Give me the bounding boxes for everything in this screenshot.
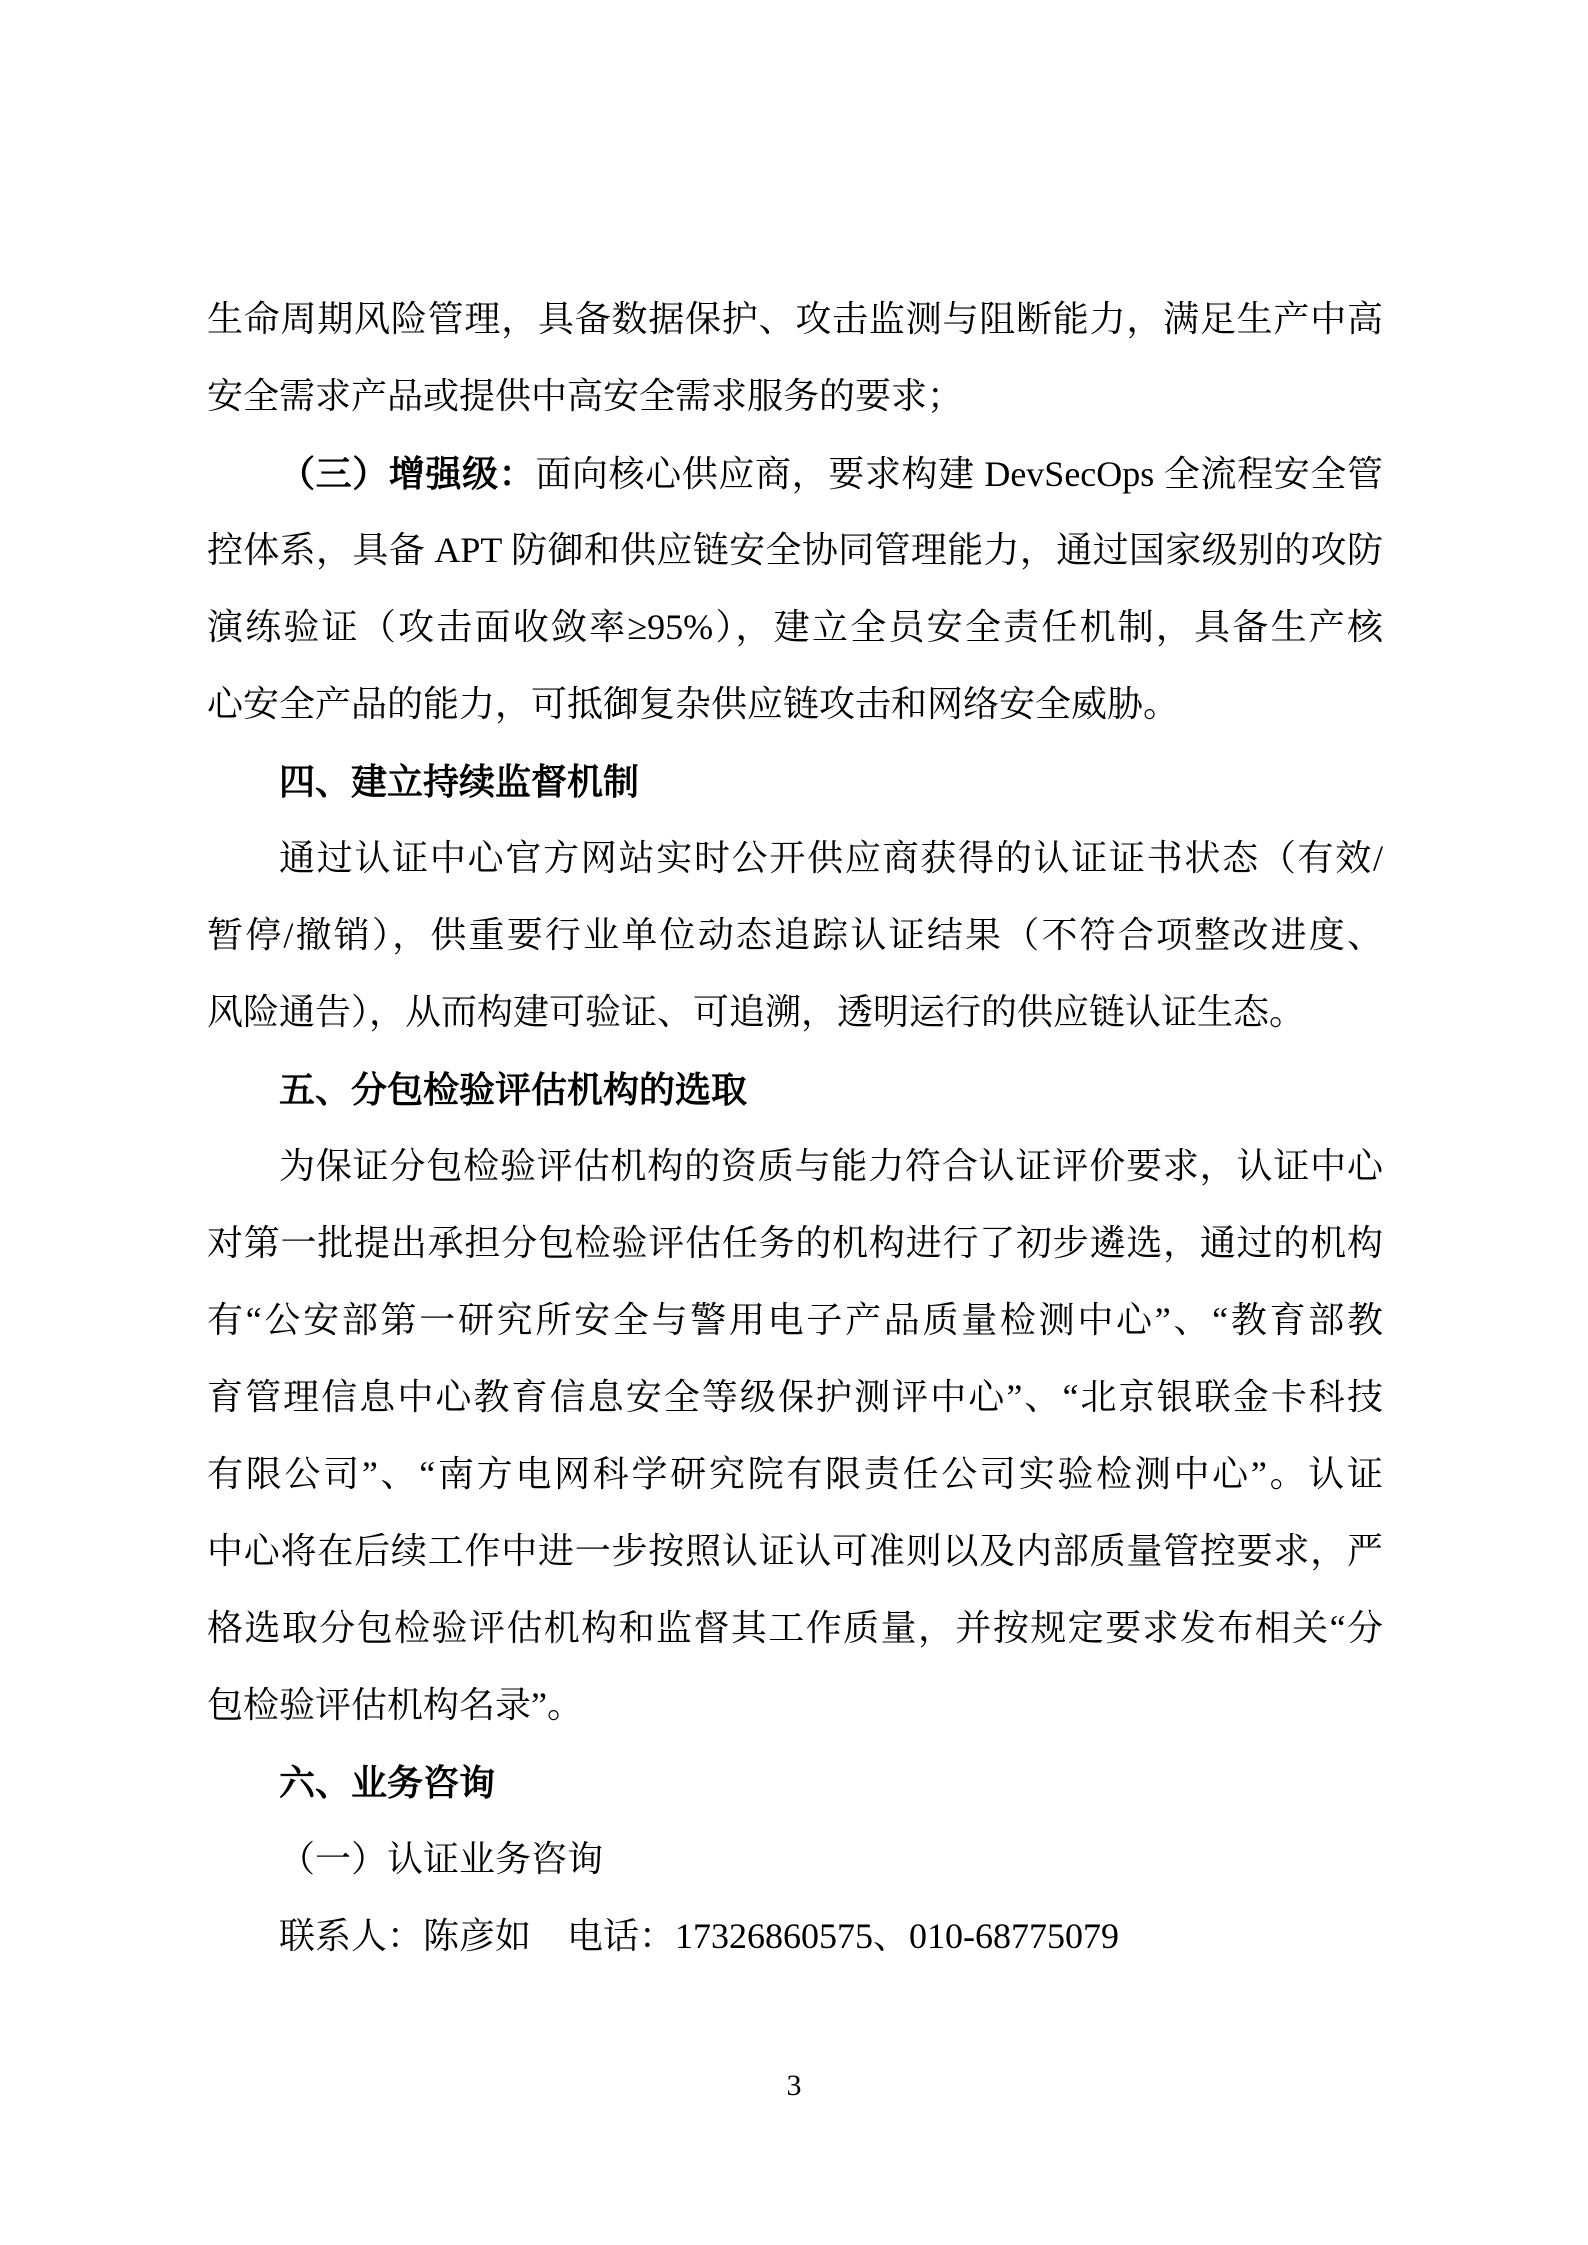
page-footer: 3: [0, 2068, 1588, 2104]
text-line: 暂停/撤销），供重要行业单位动态追踪认证结果（不符合项整改进度、: [207, 897, 1383, 974]
section-heading: 六、业务咨询: [207, 1744, 1383, 1821]
text-line: （三）增强级：面向核心供应商，要求构建 DevSecOps 全流程安全管: [207, 435, 1383, 512]
section-heading: 五、分包检验评估机构的选取: [207, 1051, 1383, 1128]
paragraph: （三）增强级：面向核心供应商，要求构建 DevSecOps 全流程安全管控体系，…: [207, 435, 1383, 743]
paragraph: 联系人：陈彦如 电话：17326860575、010-68775079: [207, 1898, 1383, 1975]
text-line: 演练验证（攻击面收敛率≥95%），建立全员安全责任机制，具备生产核: [207, 589, 1383, 666]
text-line: 风险通告），从而构建可验证、可追溯，透明运行的供应链认证生态。: [207, 974, 1383, 1051]
text-line: 生命周期风险管理，具备数据保护、攻击监测与阻断能力，满足生产中高: [207, 281, 1383, 358]
paragraph: 为保证分包检验评估机构的资质与能力符合认证评价要求，认证中心对第一批提出承担分包…: [207, 1128, 1383, 1744]
text-line: 有“公安部第一研究所安全与警用电子产品质量检测中心”、“教育部教: [207, 1282, 1383, 1359]
text-line: 控体系，具备 APT 防御和供应链安全协同管理能力，通过国家级别的攻防: [207, 512, 1383, 589]
section-heading: 四、建立持续监督机制: [207, 743, 1383, 820]
text-line: 五、分包检验评估机构的选取: [207, 1051, 1383, 1128]
text-line: （一）认证业务咨询: [207, 1821, 1383, 1898]
text-line: 安全需求产品或提供中高安全需求服务的要求；: [207, 358, 1383, 435]
text-line: 心安全产品的能力，可抵御复杂供应链攻击和网络安全威胁。: [207, 666, 1383, 743]
text-line: 为保证分包检验评估机构的资质与能力符合认证评价要求，认证中心: [207, 1128, 1383, 1205]
paragraph: 生命周期风险管理，具备数据保护、攻击监测与阻断能力，满足生产中高安全需求产品或提…: [207, 281, 1383, 435]
text-line: 有限公司”、“南方电网科学研究院有限责任公司实验检测中心”。认证: [207, 1436, 1383, 1513]
text-line: 六、业务咨询: [207, 1744, 1383, 1821]
text-line: 四、建立持续监督机制: [207, 743, 1383, 820]
text-line: 通过认证中心官方网站实时公开供应商获得的认证证书状态（有效/: [207, 820, 1383, 897]
text-line: 中心将在后续工作中进一步按照认证认可准则以及内部质量管控要求，严: [207, 1513, 1383, 1590]
document-body: 生命周期风险管理，具备数据保护、攻击监测与阻断能力，满足生产中高安全需求产品或提…: [207, 281, 1383, 1975]
paragraph: 通过认证中心官方网站实时公开供应商获得的认证证书状态（有效/暂停/撤销），供重要…: [207, 820, 1383, 1051]
text-line: 对第一批提出承担分包检验评估任务的机构进行了初步遴选，通过的机构: [207, 1205, 1383, 1282]
bold-lead: （三）增强级：: [279, 453, 535, 494]
text-line: 联系人：陈彦如 电话：17326860575、010-68775079: [207, 1898, 1383, 1975]
page-number: 3: [787, 2069, 802, 2102]
text-line: 育管理信息中心教育信息安全等级保护测评中心”、“北京银联金卡科技: [207, 1359, 1383, 1436]
text-line: 格选取分包检验评估机构和监督其工作质量，并按规定要求发布相关“分: [207, 1590, 1383, 1667]
sub-heading: （一）认证业务咨询: [207, 1821, 1383, 1898]
text-line: 包检验评估机构名录”。: [207, 1667, 1383, 1744]
document-page: 生命周期风险管理，具备数据保护、攻击监测与阻断能力，满足生产中高安全需求产品或提…: [0, 0, 1588, 2245]
